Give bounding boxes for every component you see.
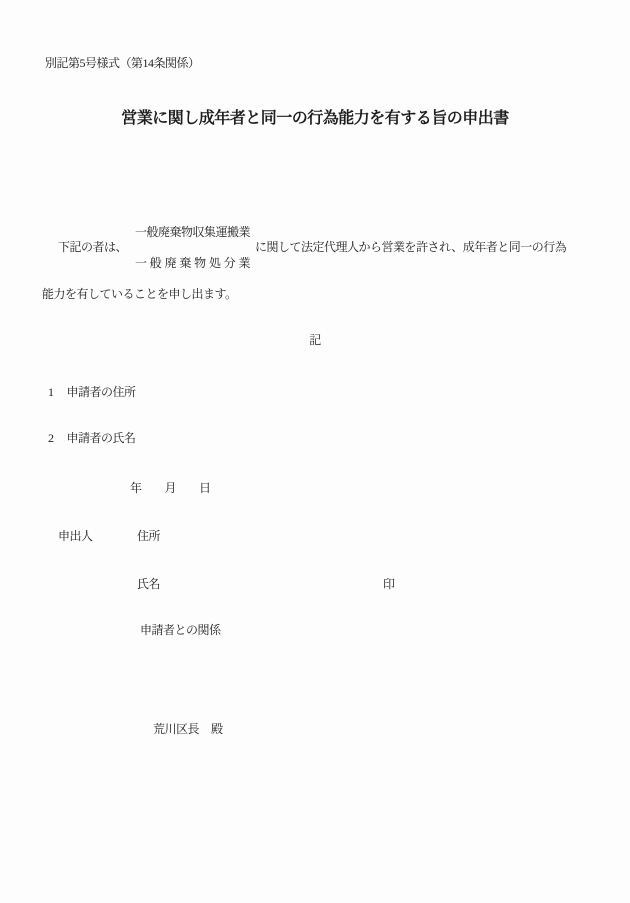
list-item-applicant-name: 2 申請者の氏名 (48, 432, 136, 446)
list-item-applicant-address: 1 申請者の住所 (48, 386, 136, 400)
addressee-line: 荒川区長 殿 (153, 723, 223, 737)
business-option-collection-transport: 一般廃棄物収集運搬業 (135, 226, 250, 240)
intro-continuation: 能力を有していることを申し出ます。 (42, 288, 237, 302)
declarant-name-label: 氏名 (137, 578, 160, 592)
intro-paragraph: 下記の者は、 一般廃棄物収集運搬業 一般廃棄物処分業 に関して法定代理人から営業… (58, 226, 566, 271)
intro-prefix: 下記の者は、 (58, 241, 127, 255)
relation-to-applicant-label: 申請者との関係 (140, 624, 221, 638)
business-option-disposal: 一般廃棄物処分業 (135, 257, 250, 271)
intro-suffix: に関して法定代理人から営業を許され、成年者と同一の行為 (255, 241, 566, 255)
document-page: 別記第5号様式（第14条関係） 営業に関し成年者と同一の行為能力を有する旨の申出… (0, 0, 630, 903)
date-month-label: 月 (165, 482, 177, 496)
date-line: 年 月 日 (130, 482, 211, 496)
declarant-label: 申出人 (58, 530, 93, 544)
form-number: 別記第5号様式（第14条関係） (45, 57, 200, 71)
item-label: 申請者の氏名 (67, 432, 136, 446)
date-day-label: 日 (199, 482, 211, 496)
addressee-name: 荒川区長 (153, 723, 199, 737)
item-label: 申請者の住所 (67, 386, 136, 400)
business-type-options: 一般廃棄物収集運搬業 一般廃棄物処分業 (135, 226, 250, 271)
item-number: 1 (48, 386, 54, 400)
page-title: 営業に関し成年者と同一の行為能力を有する旨の申出書 (0, 110, 630, 128)
declarant-address-label: 住所 (137, 530, 160, 544)
addressee-honorific: 殿 (211, 723, 223, 737)
item-number: 2 (48, 432, 54, 446)
seal-label: 印 (383, 578, 395, 592)
record-marker: 記 (0, 334, 630, 348)
date-year-label: 年 (130, 482, 142, 496)
